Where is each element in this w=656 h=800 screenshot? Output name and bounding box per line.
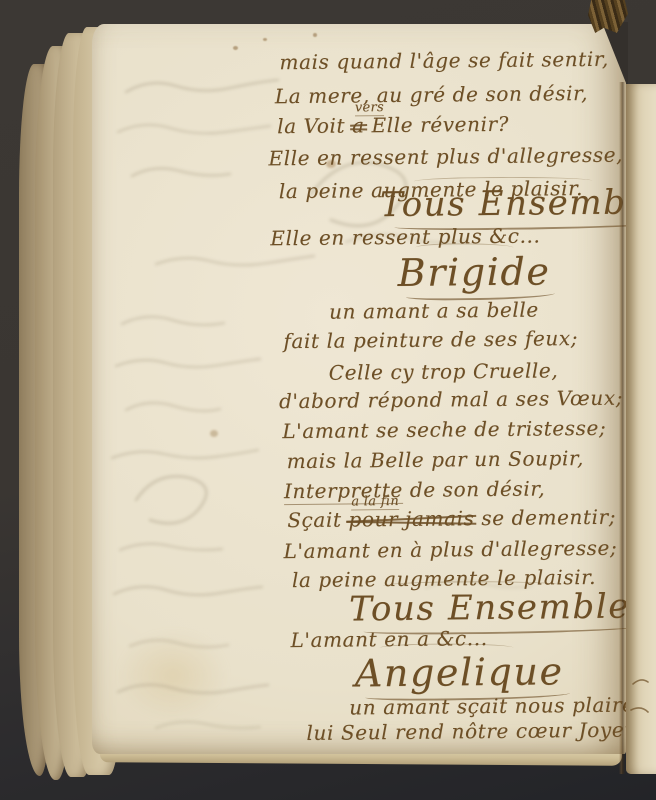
foxing-spot bbox=[313, 33, 317, 37]
gutter-crease bbox=[619, 82, 625, 774]
facing-page-ink-trace bbox=[626, 84, 656, 774]
manuscript-photo: mais quand l'âge se fait sentir,La mere,… bbox=[0, 0, 656, 800]
foxing-spot bbox=[263, 38, 267, 41]
facing-page-sliver bbox=[626, 84, 656, 774]
foxing-spot bbox=[233, 46, 238, 50]
manuscript-page bbox=[92, 24, 626, 754]
